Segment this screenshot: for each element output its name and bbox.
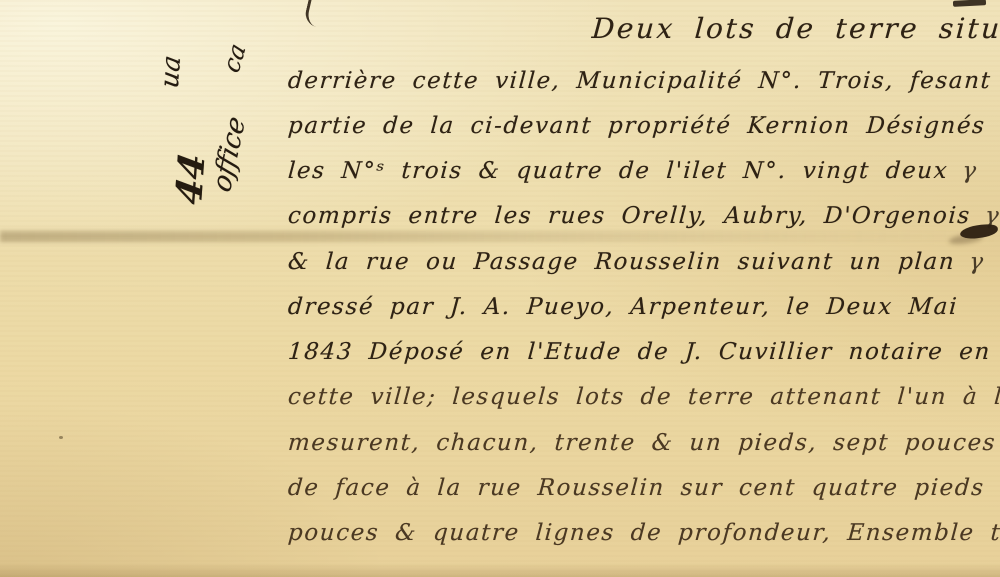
body-line-8-text: cette ville; lesquels lots de terre atte… [287,384,1000,410]
body-line-3: les N°ˢ trois & quatre de l'ilet N°. vin… [287,158,978,184]
margin-note-fragment-1: ua [155,0,191,91]
fold-crease [0,231,1000,242]
body-line-7: 1843 Déposé en l'Etude de J. Cuvillier n… [287,339,992,365]
body-line-11: pouces & quatre lignes de profondeur, En… [287,520,1000,546]
body-line-4-text: compris entre les rues Orelly, Aubry, D'… [287,203,972,229]
body-line-9: mesurent, chacun, trente & un pieds, sep… [287,430,997,456]
bottom-edge-shadow [0,563,1000,577]
margin-note-number: 44 [168,90,217,207]
body-line-11-text: pouces & quatre lignes de profondeur, En… [287,520,1000,546]
body-line-4: compris entre les rues Orelly, Aubry, D'… [287,203,1000,229]
body-line-3-text: les N°ˢ trois & quatre de l'ilet N°. vin… [287,158,949,184]
body-line-5-text: & la rue ou Passage Rousselin suivant un… [287,249,956,275]
body-line-1-text: derrière cette ville, Municipalité N°. T… [287,68,992,94]
body-line-6: dressé par J. A. Pueyo, Arpenteur, le De… [287,294,959,320]
body-line-10: de face à la rue Rousselin sur cent quat… [287,475,1000,501]
body-line-5: & la rue ou Passage Rousselin suivant un… [287,249,985,275]
body-line-2-text: partie de la ci-devant propriété Kernion… [287,113,1000,139]
pen-flourish [968,249,985,275]
pen-flourish [961,158,978,184]
body-line-1: derrière cette ville, Municipalité N°. T… [287,68,1000,94]
body-line-10-text: de face à la rue Rousselin sur cent quat… [287,475,1000,501]
body-line-7-text: 1843 Déposé en l'Etude de J. Cuvillier n… [287,339,992,365]
body-line-9-text: mesurent, chacun, trente & un pieds, sep… [287,430,997,456]
title-line: Deux lots de terre situés [591,12,1000,45]
body-line-8: cette ville; lesquels lots de terre atte… [287,384,1000,410]
corner-ink-mark [953,0,986,7]
cutoff-pen-stroke [303,0,324,27]
body-line-6-text: dressé par J. A. Pueyo, Arpenteur, le De… [287,294,959,320]
paper-speck [59,436,63,439]
manuscript-page: ua ca office 44 Deux lots de terre situé… [0,0,1000,577]
body-line-2: partie de la ci-devant propriété Kernion… [287,113,1000,139]
pen-flourish [984,203,1000,229]
